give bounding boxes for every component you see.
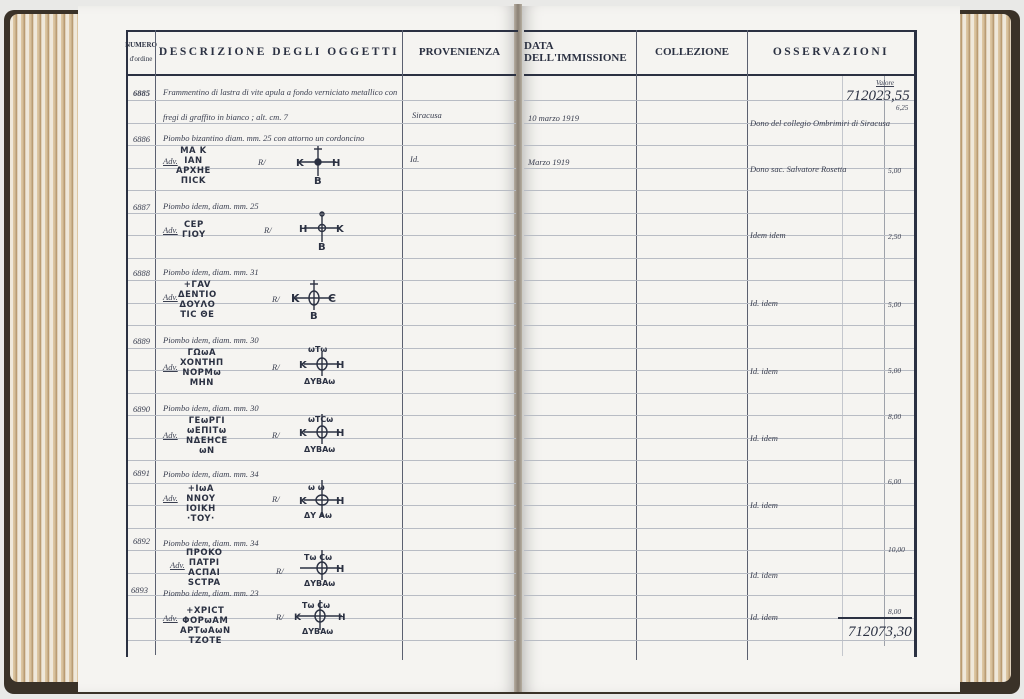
ruled-line [524,550,914,551]
svg-text:H: H [336,428,344,439]
seal-legend: +ΓAV ΔENTIO ΔOYΛO TIC ΘE [178,280,217,320]
ruled-line [524,348,914,349]
valore-label: Valore [876,79,894,87]
header-collezione: COLLEZIONE [637,30,747,76]
seal-monogram-icon: Tω CωHΔYBAω [296,546,348,592]
seal-legend: ΠPOKO ΠATPI ACΠAI SCTPA [186,548,223,588]
seal-legend: ΓΩωA XONTHΠ NOPMω MHN [180,348,224,388]
entry-description: Piombo idem, diam. mm. 25 [163,201,259,211]
svg-text:ΔYBAω: ΔYBAω [302,627,333,636]
ruled-line [524,483,914,484]
entry-number: 6887 [133,202,150,212]
entry-provenienza: Siracusa [412,110,442,120]
column-divider [747,30,748,660]
ruled-line [128,528,516,529]
ruled-line [128,100,516,101]
column-divider-faint [842,76,843,656]
entry-valore: 8,00 [888,412,901,421]
svg-text:Tω Cω: Tω Cω [302,601,330,610]
ruled-line [524,190,914,191]
entry-valore: 2,50 [888,232,901,241]
entry-valore: 5,00 [888,366,901,375]
rev-label: R/ [272,362,280,372]
svg-text:H: H [332,158,340,169]
ruled-line [524,258,914,259]
seal-legend: +IωA NNOY IOIKH ·TOY· [186,484,216,524]
adv-label: Adv. [163,613,178,623]
ruled-line [524,505,914,506]
svg-text:B: B [318,242,326,253]
svg-text:K: K [336,224,345,235]
entry-osservazioni: Id. idem [750,570,778,580]
header-descrizione: DESCRIZIONE DEGLI OGGETTI [156,30,402,76]
ruled-line [524,460,914,461]
svg-text:B: B [310,311,318,322]
svg-text:ΔYBAω: ΔYBAω [304,579,335,588]
ruled-line [524,393,914,394]
ruled-line [524,168,914,169]
rev-label: R/ [258,157,266,167]
rev-label: R/ [276,566,284,576]
entry-description: Piombo idem, diam. mm. 34 [163,469,259,479]
carried-total: 712023,55 [846,88,910,105]
seal-legend: ΓEωPΓI ωEΠITω NΔEHCE ωN [186,416,228,456]
rev-label: R/ [264,225,272,235]
entry-number: 6891 [133,468,150,478]
entry-description: Piombo idem, diam. mm. 31 [163,267,259,277]
page-edges-right [955,14,1011,682]
adv-label: Adv. [163,292,178,302]
svg-text:ωTCω: ωTCω [308,415,333,424]
seal-monogram-icon: KЄB [288,276,340,322]
entry-description: fregi di graffito in bianco ; alt. cm. 7 [163,112,288,122]
svg-text:B: B [314,176,322,187]
seal-monogram-icon: ω ωKHΔY Aω [296,478,348,524]
svg-text:ωTω: ωTω [308,345,327,354]
header-osservazioni: OSSERVAZIONI [748,30,914,76]
entry-number: 6893 [131,585,148,595]
carried-total-sub: 6,25 [896,104,908,112]
svg-text:H: H [338,613,346,623]
svg-text:K: K [299,496,308,507]
svg-text:ΔYBAω: ΔYBAω [304,445,335,454]
rev-label: R/ [272,430,280,440]
ruled-line [524,370,914,371]
adv-label: Adv. [163,430,178,440]
entry-number: 6889 [133,336,150,346]
svg-text:H: H [336,360,344,371]
ruled-line [524,280,914,281]
page-edges-left [10,14,82,682]
ruled-line [128,190,516,191]
seal-monogram-icon: ωTωKHΔYBAω [296,342,348,388]
entry-description: Piombo idem, diam. mm. 30 [163,335,259,345]
entry-valore: 5,00 [888,166,901,175]
svg-text:K: K [294,613,302,623]
rev-label: R/ [276,612,284,622]
entry-osservazioni: Id. idem [750,298,778,308]
ruled-line [524,438,914,439]
entry-valore: 6,00 [888,477,901,486]
header-ordine-label: d'ordine [130,52,153,66]
svg-text:ΔY Aω: ΔY Aω [304,511,332,520]
seal-legend: +XPICT ΦOPωAM APTωAωN TZOTE [180,606,231,646]
entry-osservazioni: Idem idem [750,230,786,240]
ruled-line [128,460,516,461]
ruled-line [524,145,914,146]
svg-text:H: H [336,564,344,575]
header-data-immissione: DATA DELL'IMMISSIONE [524,30,636,76]
entry-description: Piombo idem, diam. mm. 23 [163,588,259,598]
seal-monogram-icon: HKB [296,208,348,254]
valore-column-divider [884,76,885,646]
entry-osservazioni: Id. idem [750,433,778,443]
adv-label: Adv. [163,362,178,372]
entry-valore: 10,00 [888,545,905,554]
svg-text:K: K [296,158,305,169]
entry-description: Piombo idem, diam. mm. 30 [163,403,259,413]
column-divider [636,30,637,660]
header-numero: NUMERO d'ordine [127,30,155,76]
ruled-line [524,573,914,574]
svg-text:ω ω: ω ω [308,483,325,492]
ruled-line [524,415,914,416]
svg-text:H: H [336,496,344,507]
entry-osservazioni: Dono sac. Salvatore Rosetta [750,164,846,174]
sum-line [838,617,912,619]
seal-legend: CEP ΓIOY [182,220,206,240]
entry-description: Frammentino di lastra di vite apula a fo… [163,87,397,97]
ruled-line [524,235,914,236]
entry-osservazioni: Id. idem [750,500,778,510]
entry-number: 6885 [133,88,150,98]
entry-osservazioni: Id. idem [750,366,778,376]
entry-date: Marzo 1919 [528,157,569,167]
entry-osservazioni: Dono del collegio Ombrimiri di Siracusa [750,118,890,128]
ruled-line [524,325,914,326]
adv-label: Adv. [170,560,185,570]
seal-monogram-icon: ωTCωKHΔYBAω [296,410,348,456]
header-numero-label: NUMERO [125,38,157,52]
ruled-line [128,393,516,394]
entry-date: 10 marzo 1919 [528,113,579,123]
svg-text:ΔYBAω: ΔYBAω [304,377,335,386]
svg-text:Є: Є [328,292,336,305]
entry-number: 6892 [133,536,150,546]
entry-description: Piombo idem, diam. mm. 34 [163,538,259,548]
entry-osservazioni: Id. idem [750,612,778,622]
adv-label: Adv. [163,225,178,235]
svg-text:K: K [291,292,300,305]
ruled-line [128,325,516,326]
ruled-line [524,213,914,214]
seal-monogram-icon: KHB [292,142,344,188]
ruled-line [524,528,914,529]
ruled-line [524,303,914,304]
entry-number: 6886 [133,134,150,144]
ruled-line [128,258,516,259]
svg-text:K: K [299,428,308,439]
entry-number: 6888 [133,268,150,278]
entry-provenienza: Id. [410,154,419,164]
rev-label: R/ [272,494,280,504]
svg-text:Tω Cω: Tω Cω [304,553,332,562]
svg-text:H: H [299,224,307,235]
seal-monogram-icon: Tω CωKHΔYBAω [294,596,346,642]
svg-text:K: K [299,360,308,371]
ruled-line [524,595,914,596]
column-divider [402,30,403,660]
entry-valore: 5,00 [888,300,901,309]
final-total: 712073,30 [848,624,912,641]
ruled-line [128,123,516,124]
rev-label: R/ [272,294,280,304]
header-provenienza: PROVENIENZA [403,30,516,76]
seal-legend: MA K IAN APXHE ΠICK [176,146,211,186]
entry-number: 6890 [133,404,150,414]
entry-valore: 8,00 [888,607,901,616]
adv-label: Adv. [163,493,178,503]
